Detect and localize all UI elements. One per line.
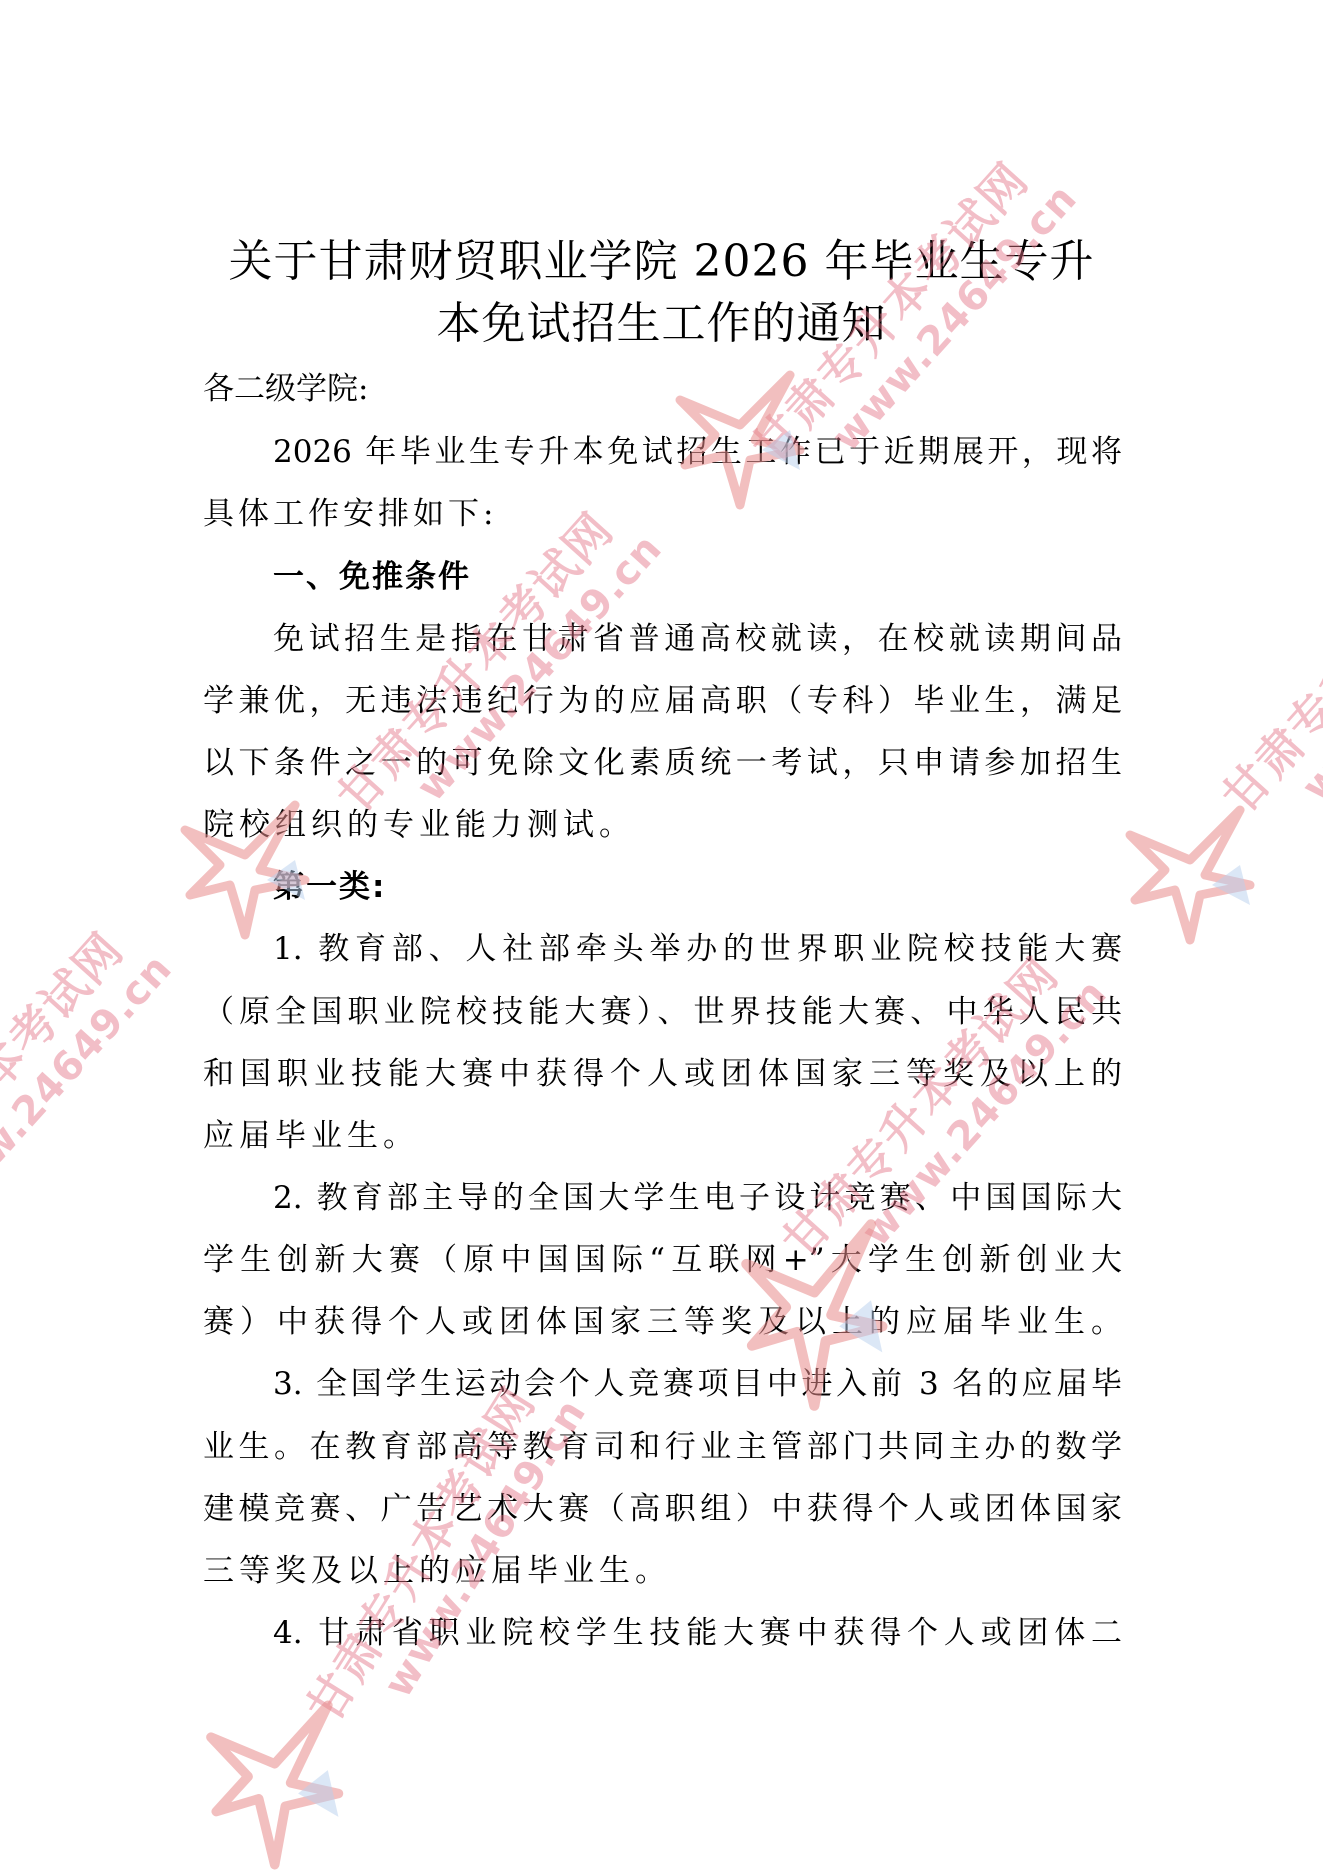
list-item-3-line: 建模竞赛、广告艺术大赛（高职组）中获得个人或团体国家 <box>203 1494 1122 1525</box>
document-page: 关于甘肃财贸职业学院 2026 年毕业生专升 本免试招生工作的通知 各二级学院:… <box>0 0 1323 1871</box>
list-item-3-line: 3. 全国学生运动会个人竞赛项目中进入前 3 名的应届毕 <box>273 1369 1122 1400</box>
intro-line-2: 具体工作安排如下: <box>203 499 1122 530</box>
list-item-3-line: 业生。在教育部高等教育司和行业主管部门共同主办的数学 <box>203 1432 1122 1463</box>
document-title-line-2: 本免试招生工作的通知 <box>0 302 1323 346</box>
paragraph-line: 学兼优，无违法违纪行为的应届高职（专科）毕业生，满足 <box>203 686 1122 717</box>
list-item-1-line: （原全国职业院校技能大赛）、世界技能大赛、中华人民共 <box>203 997 1122 1028</box>
paragraph-line: 院校组织的专业能力测试。 <box>203 810 1122 841</box>
list-item-1-line: 和国职业技能大赛中获得个人或团体国家三等奖及以上的 <box>203 1059 1122 1090</box>
paragraph-line: 以下条件之一的可免除文化素质统一考试，只申请参加招生 <box>203 748 1122 779</box>
list-item-2-line: 学生创新大赛（原中国国际“互联网+”大学生创新创业大 <box>203 1245 1122 1276</box>
list-item-4-line: 4. 甘肃省职业院校学生技能大赛中获得个人或团体二 <box>273 1618 1122 1649</box>
document-title-line-1: 关于甘肃财贸职业学院 2026 年毕业生专升 <box>0 240 1323 284</box>
salutation: 各二级学院: <box>203 374 1122 405</box>
list-item-1-line: 1. 教育部、人社部牵头举办的世界职业院校技能大赛 <box>273 934 1122 965</box>
document-content: 关于甘肃财贸职业学院 2026 年毕业生专升 本免试招生工作的通知 各二级学院:… <box>0 0 1323 1871</box>
category-heading-first: 第一类: <box>273 872 1122 903</box>
list-item-2-line: 2. 教育部主导的全国大学生电子设计竞赛、中国国际大 <box>273 1183 1122 1214</box>
section-heading-exemption-conditions: 一、免推条件 <box>273 562 1122 593</box>
intro-line-1: 2026 年毕业生专升本免试招生工作已于近期展开，现将 <box>273 437 1122 468</box>
list-item-2-line: 赛）中获得个人或团体国家三等奖及以上的应届毕业生。 <box>203 1307 1122 1338</box>
list-item-3-line: 三等奖及以上的应届毕业生。 <box>203 1556 1122 1587</box>
paragraph-line: 免试招生是指在甘肃省普通高校就读，在校就读期间品 <box>273 624 1122 655</box>
list-item-1-line: 应届毕业生。 <box>203 1121 1122 1152</box>
